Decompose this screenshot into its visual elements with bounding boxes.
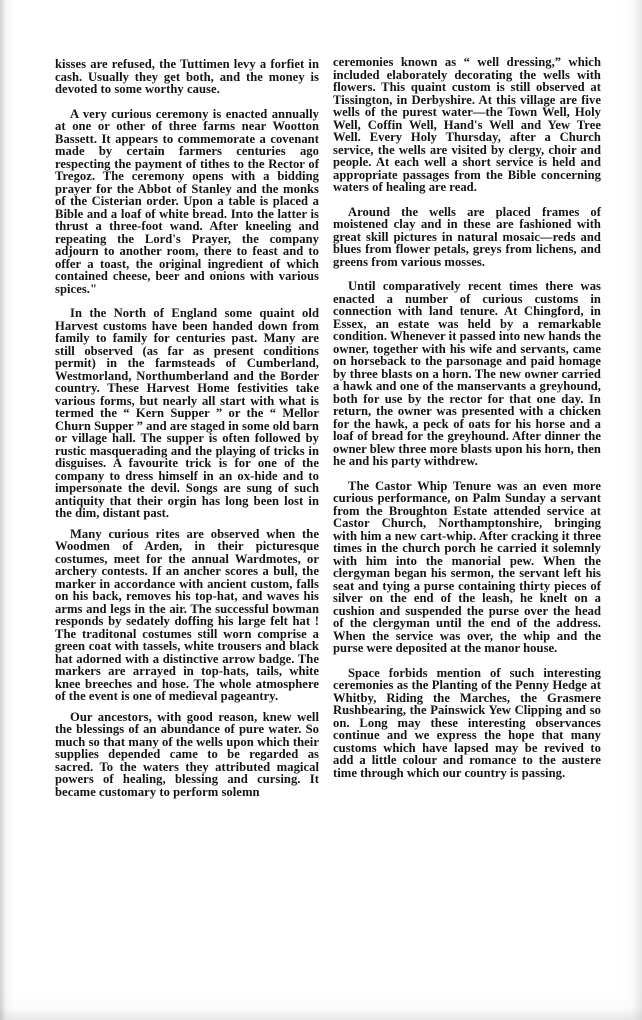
- paragraph: A very curious ceremony is enacted annua…: [55, 108, 319, 296]
- paragraph: The Castor Whip Tenure was an even more …: [333, 480, 601, 655]
- scanned-page: kisses are refused, the Tuttimen levy a …: [0, 0, 642, 1020]
- right-column: ceremonies known as “ well dressing,” wh…: [333, 56, 601, 791]
- paragraph: In the North of England some quaint old …: [55, 307, 319, 520]
- paragraph: Until comparatively recent times there w…: [333, 280, 601, 468]
- paragraph: Around the wells are placed frames of mo…: [333, 206, 601, 269]
- paragraph: Space forbids mention of such interest­i…: [333, 667, 601, 780]
- paragraph: kisses are refused, the Tuttimen levy a …: [55, 58, 319, 96]
- paragraph: Our ancestors, with good reason, knew we…: [55, 711, 319, 799]
- left-column: kisses are refused, the Tuttimen levy a …: [55, 58, 319, 810]
- paragraph: Many curious rites are observed when the…: [55, 528, 319, 703]
- paragraph: ceremonies known as “ well dressing,” wh…: [333, 56, 601, 194]
